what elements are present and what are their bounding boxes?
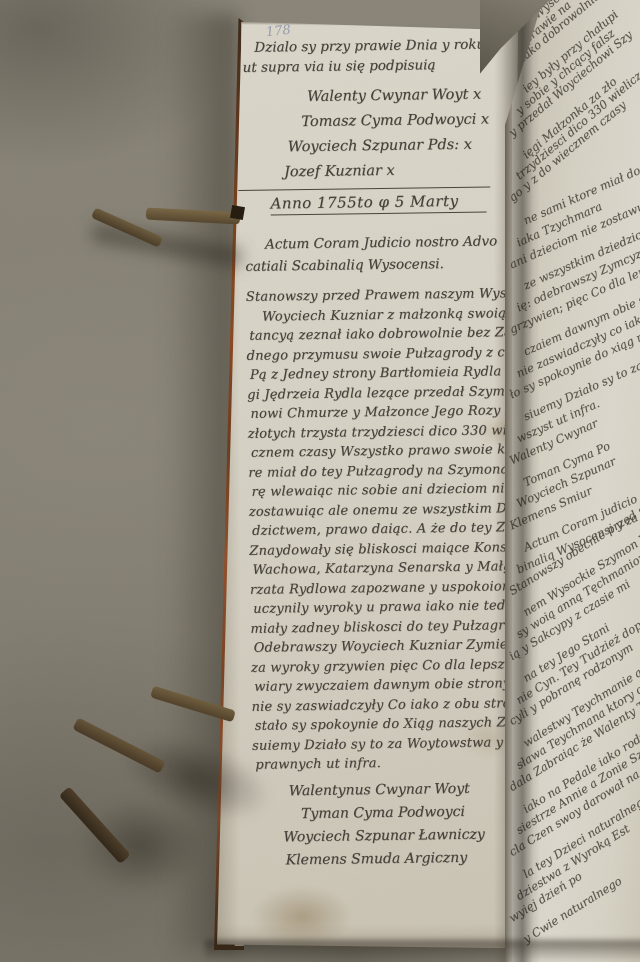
manuscript-line: catiali Scabinaliq Wysocensi.	[245, 252, 513, 278]
strap-shadow	[78, 798, 203, 893]
signature-line: Walenty Cwynar Woyt x	[307, 82, 511, 110]
strap-anchor-notch	[230, 205, 245, 220]
manuscript-line: Dzialo sy przy prawie Dnia y roku	[254, 34, 510, 58]
manuscript-line: suiemy Działo sy to za Woytowstwa y	[252, 733, 520, 756]
page-stain	[252, 886, 352, 948]
record-body: Stanowszy przed Prawem naszym Wysocki Wo…	[246, 284, 521, 775]
signature-line: Tyman Cyma Podwoyci	[301, 800, 521, 826]
manuscript-line: prawnych ut infra.	[255, 752, 520, 775]
date-heading: Anno 1755to φ 5 Marty	[270, 192, 486, 216]
opening-lines: Dzialo sy przy prawie Dnia y roku ut sup…	[242, 34, 511, 78]
signature-line: Woyciech Szpunar Pds: x	[288, 132, 512, 160]
manuscript-line: Actum Coram Judicio nostro Advo	[265, 230, 513, 255]
manuscript-text-block: Dzialo sy przy prawie Dnia y roku ut sup…	[242, 34, 522, 872]
right-page: Actum C ly Wysocensi y prawie na ał iako…	[505, 0, 640, 962]
signature-line: Jozef Kuzniar x	[284, 157, 512, 185]
photo-scene: 178 Dzialo sy przy prawie Dnia y roku ut…	[0, 0, 640, 962]
book-bottom-shadow	[205, 940, 640, 962]
signature-line: Tomasz Cyma Podwoyci x	[301, 107, 511, 135]
manuscript-line: ut supra via iu się podpisuią	[242, 54, 510, 78]
signature-line: Walentynus Cwynar Woyt	[289, 777, 521, 803]
closing-signatures: Walentynus Cwynar Woyt Tyman Cyma Podwoy…	[253, 777, 522, 873]
signature-line: Woyciech Szpunar Ławniczy	[283, 823, 521, 849]
page-fold-shadow	[505, 0, 512, 962]
signature-line: Klemens Smuda Argiczny	[286, 846, 522, 872]
witness-signatures: Walenty Cwynar Woyt x Tomasz Cyma Podwoy…	[243, 82, 512, 186]
actum-lines: Actum Coram Judicio nostro Advo catiali …	[245, 230, 514, 278]
